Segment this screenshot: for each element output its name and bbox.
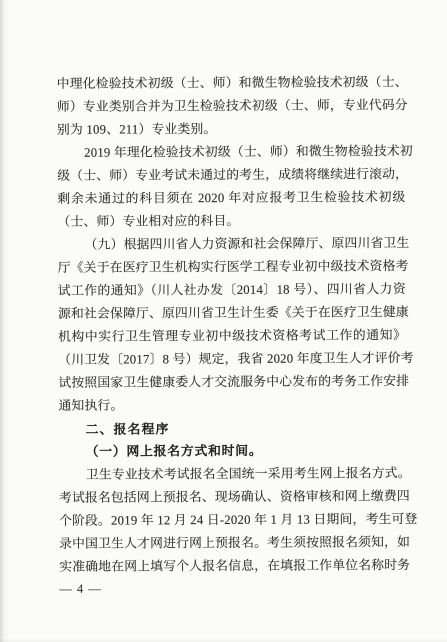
document-page: { "doc": { "lines": [ "中理化检验技术初级（士、师）和微生… — [0, 0, 447, 642]
text-line: 别为 109、211）专业类别。 — [57, 117, 405, 142]
text-line: （川卫发〔2017〕8 号）规定，我省 2020 年度卫生人才评价考 — [58, 347, 406, 372]
section-heading-baoming-chengxu: 二、报名程序 — [59, 416, 407, 441]
text-line: 试工作的通知》（川人社办发〔2014〕18 号）、四川省人力资 — [58, 278, 406, 303]
text-line: 录中国卫生人才网进行网上预报名。考生须按照报名须知，如 — [59, 531, 407, 556]
text-line: （九）根据四川省人力资源和社会保障厅、原四川省卫生 — [58, 232, 406, 257]
text-line: 剩余未通过的科目须在 2020 年对应报考卫生检验技术初级 — [57, 186, 405, 211]
text-line: 2019 年理化检验技术初级（士、师）和微生物检验技术初 — [57, 140, 405, 165]
text-line: 卫生专业技术考试报名全国统一采用考生网上报名方式。 — [59, 462, 407, 487]
text-line: 源和社会保障厅、原四川省卫生计生委《关于在医疗卫生健康 — [58, 301, 406, 326]
text-line: 师）专业类别合并为卫生检验技术初级（士、师，专业代码分 — [57, 94, 405, 119]
text-line: 考试报名包括网上预报名、现场确认、资格审核和网上缴费四 — [59, 485, 407, 510]
scanned-sheet: 中理化检验技术初级（士、师）和微生物检验技术初级（士、 师）专业类别合并为卫生检… — [0, 0, 447, 642]
text-line: 试按照国家卫生健康委人才交流服务中心发布的考务工作安排 — [58, 370, 406, 395]
subsection-heading-wangshang-baoming: （一）网上报名方式和时间。 — [59, 439, 407, 464]
text-line: 个阶段。2019 年 12 月 24 日-2020 年 1 月 13 日期间，考… — [59, 508, 407, 533]
text-line: 级（士、师）专业考试未通过的考生，成绩将继续进行滚动， — [57, 163, 405, 188]
text-line: 中理化检验技术初级（士、师）和微生物检验技术初级（士、 — [57, 71, 405, 96]
text-line: （士、师）专业相对应的科目。 — [57, 209, 405, 234]
text-line: 实准确地在网上填写个人报名信息，在填报工作单位名称时务 — [59, 554, 407, 579]
document-body-text: 中理化检验技术初级（士、师）和微生物检验技术初级（士、 师）专业类别合并为卫生检… — [57, 71, 408, 595]
text-line: 厅《关于在医疗卫生机构实行医学工程专业初中级技术资格考 — [58, 255, 406, 280]
text-line: 机构中实行卫生管理专业初中级技术资格考试工作的通知》 — [58, 324, 406, 349]
text-line: 通知执行。 — [58, 393, 406, 418]
page-number: — 4 — — [59, 581, 407, 595]
